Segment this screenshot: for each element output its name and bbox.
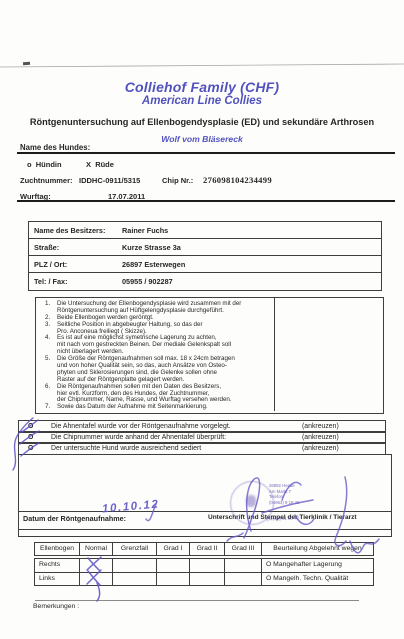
col-ellenbogen: Ellenbogen	[34, 542, 80, 556]
rechts-normal-cell	[80, 558, 113, 573]
owner-phone-label: Tel: / Fax:	[34, 277, 68, 286]
instructions-box: 1.Die Untersuchung der Ellenbogendysplas…	[35, 297, 384, 414]
instructions-list: 1.Die Untersuchung der Ellenbogendysplas…	[36, 301, 383, 411]
signature-section: Datum der Röntgenaufnahme: Unterschrift …	[18, 454, 392, 537]
rule-under-dog-name	[17, 152, 395, 154]
scan-blob-artifact	[23, 62, 30, 65]
col-beurteilung: Beurteilung Abgelehnt wegen	[262, 542, 374, 556]
xray-date-label: Datum der Röntgenaufnahme:	[23, 514, 126, 523]
sex-option-male: X Rüde	[86, 160, 114, 169]
links-normal-cell	[80, 573, 113, 587]
owner-row-city: PLZ / Ort: 26897 Esterwegen	[29, 256, 381, 273]
results-table-body: Rechts O Mangehafter Lagerung Links O Ma…	[34, 558, 375, 586]
owner-phone-value: 05955 / 902287	[122, 277, 173, 286]
sex-female-label: Hündin	[36, 160, 62, 169]
sex-male-label: Rüde	[95, 160, 114, 169]
owner-street-value: Kurze Strasse 3a	[122, 243, 181, 252]
dog-name-label: Name des Hundes:	[20, 143, 90, 152]
remarks-label: Bemerkungen :	[33, 603, 79, 610]
remarks-rule	[35, 600, 359, 601]
owner-row-street: Straße: Kurze Strasse 3a	[29, 239, 381, 256]
rule-under-wurftag	[17, 200, 395, 202]
vet-stamp-emblem	[246, 495, 256, 507]
col-grad1: Grad I	[157, 542, 190, 556]
date-row-bottom-rule	[19, 529, 391, 530]
owner-city-label: PLZ / Ort:	[34, 260, 67, 269]
checklist-circle-3: O	[28, 443, 33, 454]
owner-street-label: Straße:	[34, 243, 59, 252]
sex-option-female: o Hündin	[27, 160, 62, 169]
scanned-form-page: Colliehof Family (CHF) American Line Col…	[0, 0, 404, 639]
owner-row-phone: Tel: / Fax: 05955 / 902287	[29, 273, 381, 289]
sex-female-mark: o	[27, 160, 32, 169]
chip-number: 276098104234499	[203, 175, 272, 185]
vet-stamp-address: 26892 Heede Am Markt 7 Telefon (04963) 9…	[269, 483, 299, 505]
col-normal: Normal	[80, 542, 113, 556]
owner-table: Name des Besitzers: Rainer Fuchs Straße:…	[28, 221, 382, 291]
results-row-links: Links O Mangelh. Techn. Qualität	[34, 573, 375, 587]
col-grad2: Grad II	[190, 542, 225, 556]
chip-label: Chip Nr.:	[162, 176, 193, 185]
zucht-label: Zuchtnummer:	[20, 176, 73, 185]
col-grenzfall: Grenzfall	[113, 542, 157, 556]
scan-line-artifact	[0, 64, 404, 67]
club-subtitle: American Line Collies	[0, 95, 404, 107]
sex-male-mark: X	[86, 160, 91, 169]
owner-name-value: Rainer Fuchs	[122, 226, 168, 235]
col-grad3: Grad III	[225, 542, 262, 556]
results-table-header: Ellenbogen Normal Grenzfall Grad I Grad …	[34, 542, 375, 556]
instruction-line: 7.Sowie das Datum der Aufnahme mit Seite…	[36, 404, 383, 411]
owner-name-label: Name des Besitzers:	[34, 226, 105, 235]
owner-city-value: 26897 Esterwegen	[122, 260, 185, 269]
results-row-rechts: Rechts O Mangehafter Lagerung	[34, 558, 375, 573]
date-row-top-rule	[19, 511, 391, 512]
owner-row-name: Name des Besitzers: Rainer Fuchs	[29, 222, 381, 239]
club-name: Colliehof Family (CHF)	[0, 79, 404, 95]
form-title: Röntgenuntersuchung auf Ellenbogendyspla…	[0, 117, 404, 127]
zucht-value: IDDHC-0911/5315	[79, 176, 140, 185]
